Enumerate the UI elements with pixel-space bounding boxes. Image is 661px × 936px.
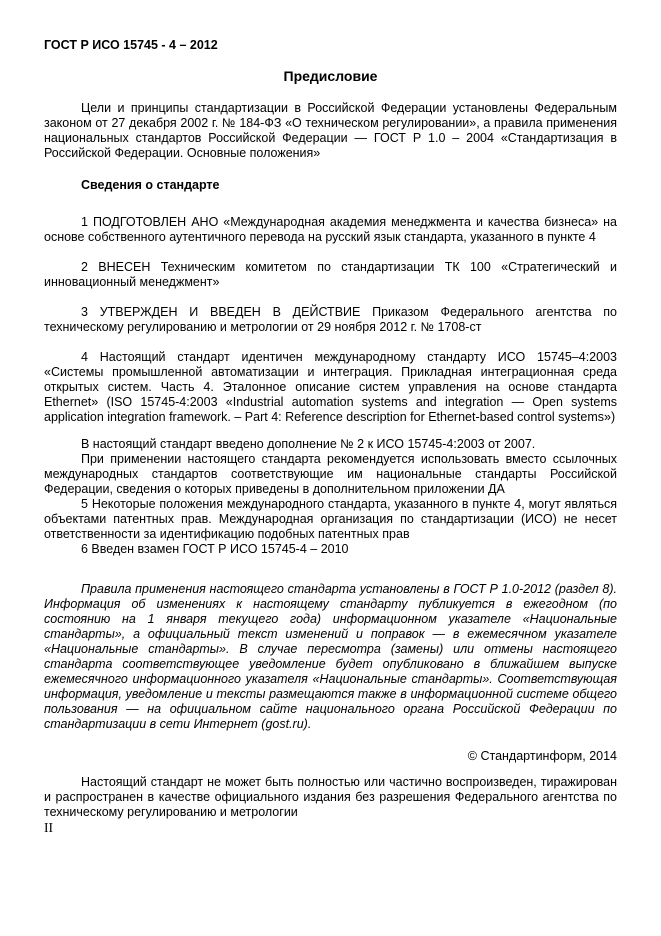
section-heading: Сведения о стандарте — [44, 178, 617, 193]
standard-info-item-1: 1 ПОДГОТОВЛЕН АНО «Международная академи… — [44, 215, 617, 245]
page-title: Предисловие — [44, 68, 617, 84]
standard-info-item-5: 5 Некоторые положения международного ста… — [44, 497, 617, 542]
document-page: ГОСТ Р ИСО 15745 - 4 – 2012 Предисловие … — [0, 0, 661, 936]
supplement-note: В настоящий стандарт введено дополнение … — [44, 437, 617, 452]
standard-info-item-4: 4 Настоящий стандарт идентичен междунаро… — [44, 350, 617, 425]
copyright-notice: © Стандартинформ, 2014 — [44, 749, 617, 764]
standard-info-item-2: 2 ВНЕСЕН Техническим комитетом по станда… — [44, 260, 617, 290]
application-rules-paragraph: Правила применения настоящего стандарта … — [44, 582, 617, 732]
application-recommendation: При применении настоящего стандарта реко… — [44, 452, 617, 497]
reproduction-notice: Настоящий стандарт не может быть полност… — [44, 775, 617, 820]
intro-paragraph: Цели и принципы стандартизации в Российс… — [44, 101, 617, 161]
standard-info-item-3: 3 УТВЕРЖДЕН И ВВЕДЕН В ДЕЙСТВИЕ Приказом… — [44, 305, 617, 335]
standard-info-item-6: 6 Введен взамен ГОСТ Р ИСО 15745-4 – 201… — [44, 542, 617, 557]
page-number: II — [44, 820, 617, 835]
standard-designation: ГОСТ Р ИСО 15745 - 4 – 2012 — [44, 38, 617, 53]
